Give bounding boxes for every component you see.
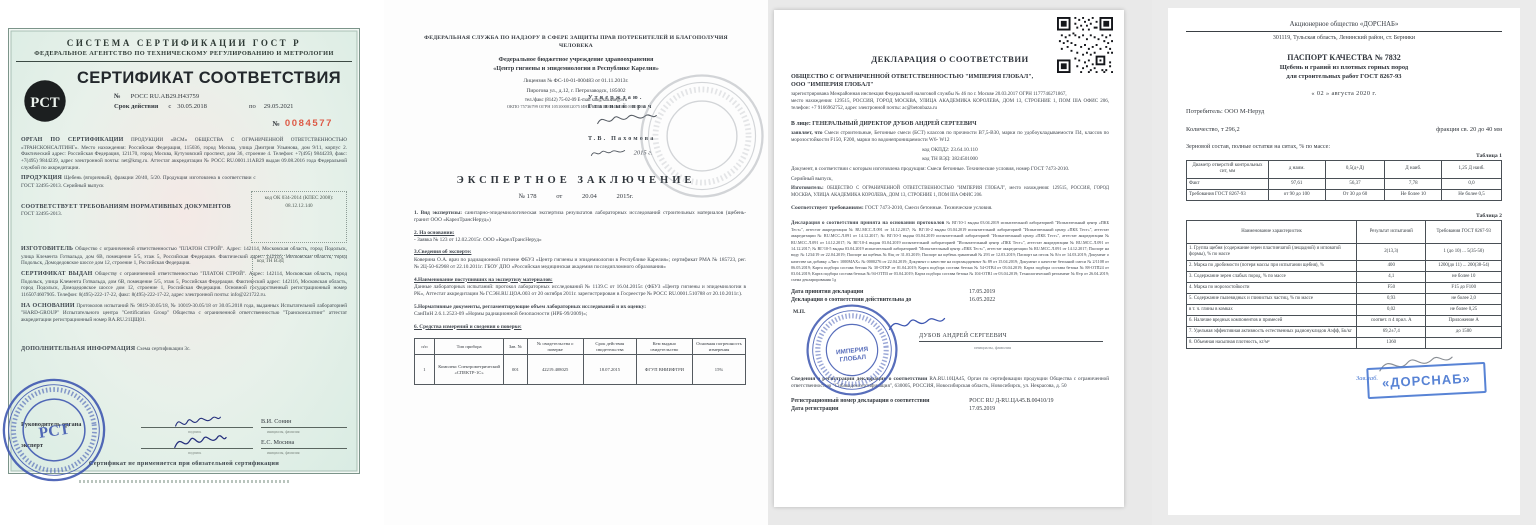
- cell: 7. Удельная эффективная активность естес…: [1187, 326, 1357, 337]
- col-header: п/п: [415, 339, 435, 355]
- cell: не более 10: [1426, 271, 1502, 282]
- declares-label: заявляет, что: [791, 130, 823, 136]
- cell: 3. Содержание зерен слабых пород, % по м…: [1187, 271, 1357, 282]
- cell: 1. Группа щебня (содержание зерен пласти…: [1187, 244, 1357, 261]
- item-4-text: Данные лабораторных испытаний: протокол …: [414, 284, 746, 297]
- location-text: место нахождения: 129515, РОССИЯ, ГОРОД …: [791, 99, 1109, 113]
- cell: 1360: [1357, 337, 1426, 348]
- registration-date-label: Дата регистрации: [791, 406, 969, 412]
- cell: 400: [1357, 260, 1426, 271]
- product-paragraph: ПРОДУКЦИЯ Щебень (вторичный), фракции 20…: [21, 175, 256, 189]
- cell: 97,61: [1268, 178, 1325, 189]
- cell: Не более 10: [1385, 189, 1442, 200]
- certificate-title: СЕРТИФИКАТ СООТВЕТСТВИЯ: [69, 69, 349, 88]
- item-4-label: 4.Наименование поступивших на экспертизу…: [414, 277, 553, 283]
- name-caption: инициалы, фамилия: [267, 451, 299, 455]
- federal-service-line: ФЕДЕРАЛЬНАЯ СЛУЖБА ПО НАДЗОРУ В СФЕРЕ ЗА…: [417, 35, 735, 50]
- certificate-body: ОРГАН ПО СЕРТИФИКАЦИИ ПРОДУКЦИИ «ВСМ» ОБ…: [21, 137, 347, 353]
- maker-text: ОБЩЕСТВО С ОГРАНИЧЕННОЙ ОТВЕТСТВЕННОСТЬЮ…: [791, 186, 1109, 198]
- cell: 1: [415, 355, 435, 385]
- issue-date-line: « 02 » августа 2020 г.: [1186, 90, 1502, 97]
- item-2-label: 2. На основании:: [414, 230, 454, 236]
- registration-number-value: РОСС RU Д-RU.ЦА45.В.00410/19: [969, 398, 1053, 404]
- passport-title: ПАСПОРТ КАЧЕСТВА № 7832: [1186, 53, 1502, 62]
- cell: ФГУП ВНИИФТРИ: [636, 355, 692, 385]
- fraction-value: фракция св. 20 до 40 мм: [1436, 126, 1502, 133]
- table1-label: Таблица 1: [1186, 153, 1502, 159]
- cell: Приложение А: [1426, 315, 1502, 326]
- cell: 4,1: [1357, 271, 1426, 282]
- cell: в т. ч. глины в комках: [1187, 304, 1357, 315]
- cell: F50: [1357, 282, 1426, 293]
- table-row: 7. Удельная эффективная активность естес…: [1187, 326, 1502, 337]
- cell: 7,78: [1385, 178, 1442, 189]
- col-header: Результат испытаний: [1357, 221, 1426, 244]
- tnved-code: код ТН ВЭД: 3824501000: [791, 155, 1109, 163]
- table-row: 5. Содержание пылевидных и глинистых час…: [1187, 293, 1502, 304]
- table-row: Требования ГОСТ 8267-93 от 90 до 100 От …: [1187, 189, 1502, 200]
- valid-to: 29.05.2021: [264, 103, 294, 110]
- extra-info-text: Схема сертификации 3с.: [137, 346, 191, 352]
- cell: 1 (до 10) ... 5(35-50): [1426, 244, 1502, 261]
- cell: [1426, 337, 1502, 348]
- cell: 18.07.2015: [583, 355, 636, 385]
- declares-text: Смеси строительные, Бетонные смеси (БСТ)…: [791, 130, 1109, 143]
- cell: Не более 0,5: [1442, 189, 1502, 200]
- cell: 001: [504, 355, 527, 385]
- dorsnab-rect-stamp: «ДОРСНАБ»: [1367, 362, 1487, 399]
- item-1: 1. Вид экспертизы: санитарно-эпидемиолог…: [414, 210, 746, 225]
- issued-label: СЕРТИФИКАТ ВЫДАН: [21, 271, 93, 277]
- serial-issue-line: Серийный выпуск,: [791, 176, 1109, 183]
- cell: 0,02: [1357, 304, 1426, 315]
- declarant-org-line1: ОБЩЕСТВО С ОГРАНИЧЕННОЙ ОТВЕТСТВЕННОСТЬЮ…: [791, 73, 1109, 81]
- registration-date-row: Дата регистрации17.05.2019: [791, 406, 1109, 412]
- from-word: от: [556, 193, 562, 200]
- product-codes: код ОКПД2: 23.64.10.110 код ТН ВЭД: 3824…: [791, 146, 1109, 163]
- signature-line: подпись: [141, 435, 253, 449]
- table-row: 3. Содержание зерен слабых пород, % по м…: [1187, 271, 1502, 282]
- cell: От 30 до 60: [1325, 189, 1385, 200]
- doc-date: 20.04: [582, 193, 597, 200]
- tnved-code-label: код ТН ВЭД: [257, 258, 284, 264]
- cell: 0,0: [1442, 178, 1502, 189]
- grain-composition-line: Зерновой состав, полные остатки на ситах…: [1186, 144, 1502, 150]
- quality-passport-doc: Акционерное общество «ДОРСНАБ» 301119, Т…: [1152, 0, 1536, 525]
- table-header-row: Наименование характеристик Результат исп…: [1187, 221, 1502, 244]
- handwritten-date-icon: [588, 148, 628, 158]
- extra-info-label: ДОПОЛНИТЕЛЬНАЯ ИНФОРМАЦИЯ: [21, 346, 135, 352]
- microprint-line: [79, 480, 289, 483]
- col-header: Основная погрешность измерения: [693, 339, 746, 355]
- registration-text: зарегистрирована Межрайонная инспекция Ф…: [791, 92, 1109, 99]
- registration-date-value: 17.05.2019: [969, 406, 995, 412]
- signature-zone: М.П. ИМПЕРИЯ ГЛОБАЛ ДУБОВ АНДРЕЙ СЕРГЕЕВ…: [791, 307, 1109, 373]
- cell: Требования ГОСТ 8267-93: [1187, 189, 1269, 200]
- basis-text: № ВГ/10-1 выдан 03.04.2019 испытательной…: [791, 220, 1109, 283]
- declaration-statement: заявляет, что Смеси строительные, Бетонн…: [791, 130, 1109, 144]
- cell: 56,37: [1325, 178, 1385, 189]
- cell: соответ. п 4 прил. А: [1357, 315, 1426, 326]
- signature-ink-icon: [172, 433, 228, 451]
- item-6: 6. Средства измерений и сведения о повер…: [414, 324, 746, 331]
- scanned-documents-strip: СИСТЕМА СЕРТИФИКАЦИИ ГОСТ Р ФЕДЕРАЛЬНОЕ …: [0, 0, 1536, 525]
- grain-table: Диаметр отверстий контрольных сит, мм д …: [1186, 160, 1502, 201]
- col-header: Зав. №: [504, 339, 527, 355]
- svg-text:РСТ: РСТ: [38, 421, 72, 442]
- cell: 0,93: [1357, 293, 1426, 304]
- expert-name-text: Е.С. Мосина: [261, 439, 294, 446]
- head-of-body-name: В.И. Сонин инициалы, фамилия: [261, 418, 347, 428]
- cell: от 90 до 100: [1268, 189, 1325, 200]
- institution-line1: Федеральное бюджетное учреждение здравоо…: [417, 56, 735, 64]
- agency-title: ФЕДЕРАЛЬНОЕ АГЕНТСТВО ПО ТЕХНИЧЕСКОМУ РЕ…: [20, 50, 348, 57]
- adoption-date-row: Дата принятия декларации17.05.2019: [791, 289, 1109, 295]
- rst-logo-icon: РСТ: [22, 78, 68, 124]
- table-row: 2. Марка по дробимости (потеря массы при…: [1187, 260, 1502, 271]
- basis-paragraph: Декларация о соответствии принята на осн…: [791, 220, 1109, 284]
- certificate-page: СИСТЕМА СЕРТИФИКАЦИИ ГОСТ Р ФЕДЕРАЛЬНОЕ …: [8, 28, 360, 474]
- extra-info-paragraph: ДОПОЛНИТЕЛЬНАЯ ИНФОРМАЦИЯ Схема сертифик…: [21, 346, 347, 354]
- qr-code-icon: [1057, 17, 1113, 73]
- table-row: Факт 97,61 56,37 7,78 0,0: [1187, 178, 1502, 189]
- sign-caption: подпись: [188, 451, 201, 455]
- cell: Комплекс Спектрометрический «СПЕКТР-1С»: [434, 355, 504, 385]
- certificate-meta: № РОСС RU.АВ29.Н43759 Срок действия с 30…: [114, 93, 345, 110]
- reg-no-value: РОСС RU.АВ29.Н43759: [131, 93, 200, 100]
- cell: 15%: [693, 355, 746, 385]
- cell: 6. Наличие вредных компонентов и примесе…: [1187, 315, 1357, 326]
- basis-paragraph: НА ОСНОВАНИИ Протоколов испытаний № 9819…: [21, 303, 347, 324]
- instruments-table: п/п Тип прибора Зав. № № свидетельства о…: [414, 338, 746, 385]
- characteristics-table: Наименование характеристик Результат исп…: [1186, 220, 1502, 349]
- in-person-line: В лице: ГЕНЕРАЛЬНЫЙ ДИРЕКТОР ДУБОВ АНДРЕ…: [791, 121, 1109, 127]
- table2-label: Таблица 2: [1186, 213, 1502, 219]
- doc-number: № 178: [519, 193, 537, 200]
- approval-block: Утверждаю. Главный врач Т.В. Пахомова 20…: [588, 92, 746, 158]
- organ-label: ОРГАН ПО СЕРТИФИКАЦИИ: [21, 137, 124, 143]
- name-caption: инициалы, фамилия: [267, 430, 299, 434]
- cell: 8. Объемная насыпная плотность, кг/м³: [1187, 337, 1357, 348]
- table-row: 1 Комплекс Спектрометрический «СПЕКТР-1С…: [415, 355, 746, 385]
- consumer-line: Потребитель: ООО М-Неруд: [1186, 108, 1502, 115]
- cell: Факт: [1187, 178, 1269, 189]
- declaration-of-conformity-doc: ДЕКЛАРАЦИЯ О СООТВЕТСТВИИ ОБЩЕСТВО С ОГР…: [768, 0, 1152, 525]
- maker-line: Изготовитель: ОБЩЕСТВО С ОГРАНИЧЕННОЙ ОТ…: [791, 186, 1109, 199]
- item-5: 5.Нормативные документы, регламентирующи…: [414, 304, 746, 319]
- basis-label: Декларация о соответствии принята на осн…: [791, 221, 945, 226]
- valid-until-value: 16.05.2022: [969, 297, 995, 303]
- product-document-line: Документ, в соответствии с которым изгот…: [791, 166, 1109, 173]
- stamp-zone: Зав.лаб. «ДОРСНАБ»: [1186, 349, 1502, 419]
- col-header: 0,5(д+Д): [1325, 161, 1385, 179]
- signature-line: ДУБОВ АНДРЕЙ СЕРГЕЕВИЧ инициалы, фамилия: [919, 341, 1103, 342]
- okp-code-box: код ОК 034-2014 (КПЕС 2008): 08.12.12.14…: [251, 191, 347, 243]
- col-header: Кем выдано свидетельство: [636, 339, 692, 355]
- conformity-text: ГОСТ 7473-2010, Смеси бетонные. Техничес…: [865, 205, 992, 211]
- signature-ink-icon: [172, 414, 224, 430]
- expert-name: Е.С. Мосина инициалы, фамилия: [261, 439, 347, 449]
- expert-conclusion-page: ФЕДЕРАЛЬНАЯ СЛУЖБА ПО НАДЗОРУ В СФЕРЕ ЗА…: [384, 0, 768, 525]
- table-row: 1. Группа щебня (содержание зерен пласти…: [1187, 244, 1502, 261]
- item-6-label: 6. Средства измерений и сведения о повер…: [414, 324, 522, 330]
- conformity-line: Соответствует требованиям: ГОСТ 7473-201…: [791, 205, 1109, 213]
- company-address: 301119, Тульская область, Ленинский райо…: [1186, 35, 1502, 41]
- name-caption: инициалы, фамилия: [974, 345, 1011, 350]
- tnved-code-box: код ТН ВЭД: [252, 255, 347, 290]
- col-header: Срок действия свидетельства: [583, 339, 636, 355]
- table-row: 8. Объемная насыпная плотность, кг/м³136…: [1187, 337, 1502, 348]
- table-row: в т. ч. глины в комках0,02не более 0,25: [1187, 304, 1502, 315]
- quality-passport-page: Акционерное общество «ДОРСНАБ» 301119, Т…: [1168, 8, 1520, 515]
- certificate-header: СИСТЕМА СЕРТИФИКАЦИИ ГОСТ Р ФЕДЕРАЛЬНОЕ …: [16, 33, 352, 62]
- col-header: Тип прибора: [434, 339, 504, 355]
- cell: до 1500: [1426, 326, 1502, 337]
- col-header: Требования ГОСТ 8267-93: [1426, 221, 1502, 244]
- from-label: с: [168, 103, 171, 110]
- company-line: Акционерное общество «ДОРСНАБ»: [1186, 21, 1502, 32]
- doc-year: 2015г.: [616, 193, 633, 200]
- item-3: 3.Сведения об эксперте:Коверина О.А. вра…: [414, 249, 746, 271]
- signature-ink-icon: [887, 313, 947, 335]
- okpd2-code: код ОКПД2: 23.64.10.110: [791, 146, 1109, 154]
- validity-label: Срок действия: [114, 103, 158, 110]
- certification-body-paragraph: ОРГАН ПО СЕРТИФИКАЦИИ ПРОДУКЦИИ «ВСМ» ОБ…: [21, 137, 347, 171]
- item-1-text: санитарно-эпидемиологическая экспертиза …: [414, 210, 746, 223]
- table-row: 6. Наличие вредных компонентов и примесе…: [1187, 315, 1502, 326]
- item-4: 4.Наименование поступивших на экспертизу…: [414, 277, 746, 299]
- conformity-paragraph: СООТВЕТСТВУЕТ ТРЕБОВАНИЯМ НОРМАТИВНЫХ ДО…: [21, 204, 256, 218]
- conformity-label: Соответствует требованиям:: [791, 205, 864, 211]
- blank-number-label: №: [272, 119, 280, 128]
- valid-from: 30.05.2018: [177, 103, 207, 110]
- col-header: д наим.: [1268, 161, 1325, 179]
- expert-conclusion-doc: ФЕДЕРАЛЬНАЯ СЛУЖБА ПО НАДЗОРУ В СФЕРЕ ЗА…: [384, 0, 768, 525]
- adoption-date-value: 17.05.2019: [969, 289, 995, 295]
- col-header: № свидетельства о поверке: [527, 339, 583, 355]
- maker-label: Изготовитель:: [791, 186, 824, 191]
- declarant-org-line2: ООО "ИМПЕРИЯ ГЛОБАЛ": [791, 81, 1109, 89]
- table-header-row: Диаметр отверстий контрольных сит, мм д …: [1187, 161, 1502, 179]
- item-5-text: СанПиН 2.6.1.2523-09 «Нормы радиационной…: [414, 311, 587, 317]
- col-header: 1,25 Д наиб.: [1442, 161, 1502, 179]
- cell: F15 до F100: [1426, 282, 1502, 293]
- cell: не более 0,25: [1426, 304, 1502, 315]
- passport-subtitle-2: для строительных работ ГОСТ 8267-93: [1186, 73, 1502, 80]
- certificate-footer-note: Сертификат не применяется при обязательн…: [9, 460, 359, 467]
- item-3-text: Коверина О.А. врач по радиационной гигие…: [414, 257, 746, 270]
- head-name-text: В.И. Сонин: [261, 418, 291, 425]
- okp-code-value: 08.12.12.140: [256, 203, 342, 211]
- conformity-text: ГОСТ 32495-2013.: [21, 211, 62, 217]
- to-label: по: [249, 103, 256, 110]
- col-header: Наименование характеристик: [1187, 221, 1357, 244]
- cell: 42219.408025: [527, 355, 583, 385]
- basis-label: НА ОСНОВАНИИ: [21, 303, 75, 309]
- maker-label: ИЗГОТОВИТЕЛЬ: [21, 246, 73, 252]
- certificate-of-conformity-doc: СИСТЕМА СЕРТИФИКАЦИИ ГОСТ Р ФЕДЕРАЛЬНОЕ …: [0, 0, 384, 525]
- signer-name: ДУБОВ АНДРЕЙ СЕРГЕЕВИЧ: [919, 333, 1007, 339]
- registration-number-row: Регистрационный номер декларации о соотв…: [791, 398, 1109, 404]
- faint-round-stamp-icon: [638, 72, 766, 200]
- table-header-row: п/п Тип прибора Зав. № № свидетельства о…: [415, 339, 746, 355]
- product-label: ПРОДУКЦИЯ: [21, 175, 62, 181]
- cell: 5. Содержание пылевидных и глинистых час…: [1187, 293, 1357, 304]
- quantity-value: Количество, т 296,2: [1186, 126, 1240, 133]
- passport-subtitle-1: Щебень и гравий из плотных горных пород: [1186, 64, 1502, 71]
- conformity-label: СООТВЕТСТВУЕТ ТРЕБОВАНИЯМ НОРМАТИВНЫХ ДО…: [21, 204, 231, 210]
- item-5-label: 5.Нормативные документы, регламентирующи…: [414, 304, 646, 310]
- items-list: 1. Вид экспертизы: санитарно-эпидемиолог…: [414, 210, 746, 331]
- valid-until-row: Декларация о соответствии действительна …: [791, 297, 1109, 303]
- quantity-fraction-row: Количество, т 296,2 фракция св. 20 до 40…: [1186, 126, 1502, 133]
- item-2: 2. На основании:- Заявка № 123 от 12.02.…: [414, 230, 746, 245]
- item-1-label: 1. Вид экспертизы:: [414, 210, 462, 216]
- svg-text:РСТ: РСТ: [30, 95, 60, 111]
- cell: 2(13,3): [1357, 244, 1426, 261]
- cell: 69,2±7,4: [1357, 326, 1426, 337]
- cell: 4. Марка по морозостойкости: [1187, 282, 1357, 293]
- col-header: Д наиб.: [1385, 161, 1442, 179]
- okp-code-label: код ОК 034-2014 (КПЕС 2008):: [256, 195, 342, 203]
- col-header: Диаметр отверстий контрольных сит, мм: [1187, 161, 1269, 179]
- adoption-date-label: Дата принятия декларации: [791, 289, 969, 295]
- cell: 1200(до 11) ... 200(38-54): [1426, 260, 1502, 271]
- reg-no-label: №: [114, 93, 121, 100]
- system-title: СИСТЕМА СЕРТИФИКАЦИИ ГОСТ Р: [20, 38, 348, 48]
- declaration-page: ДЕКЛАРАЦИЯ О СООТВЕТСТВИИ ОБЩЕСТВО С ОГР…: [774, 10, 1124, 507]
- blank-number-value: 0084577: [285, 118, 333, 129]
- cell: 2. Марка по дробимости (потеря массы при…: [1187, 260, 1357, 271]
- item-3-label: 3.Сведения об эксперте:: [414, 249, 471, 255]
- round-stamp-icon: РСТ: [0, 370, 114, 490]
- cell: не более 2,0: [1426, 293, 1502, 304]
- table-row: 4. Марка по морозостойкостиF50F15 до F10…: [1187, 282, 1502, 293]
- signature-line: подпись: [141, 414, 253, 428]
- item-2-text: - Заявка № 123 от 12.02.2015г. ООО «Каре…: [414, 237, 542, 243]
